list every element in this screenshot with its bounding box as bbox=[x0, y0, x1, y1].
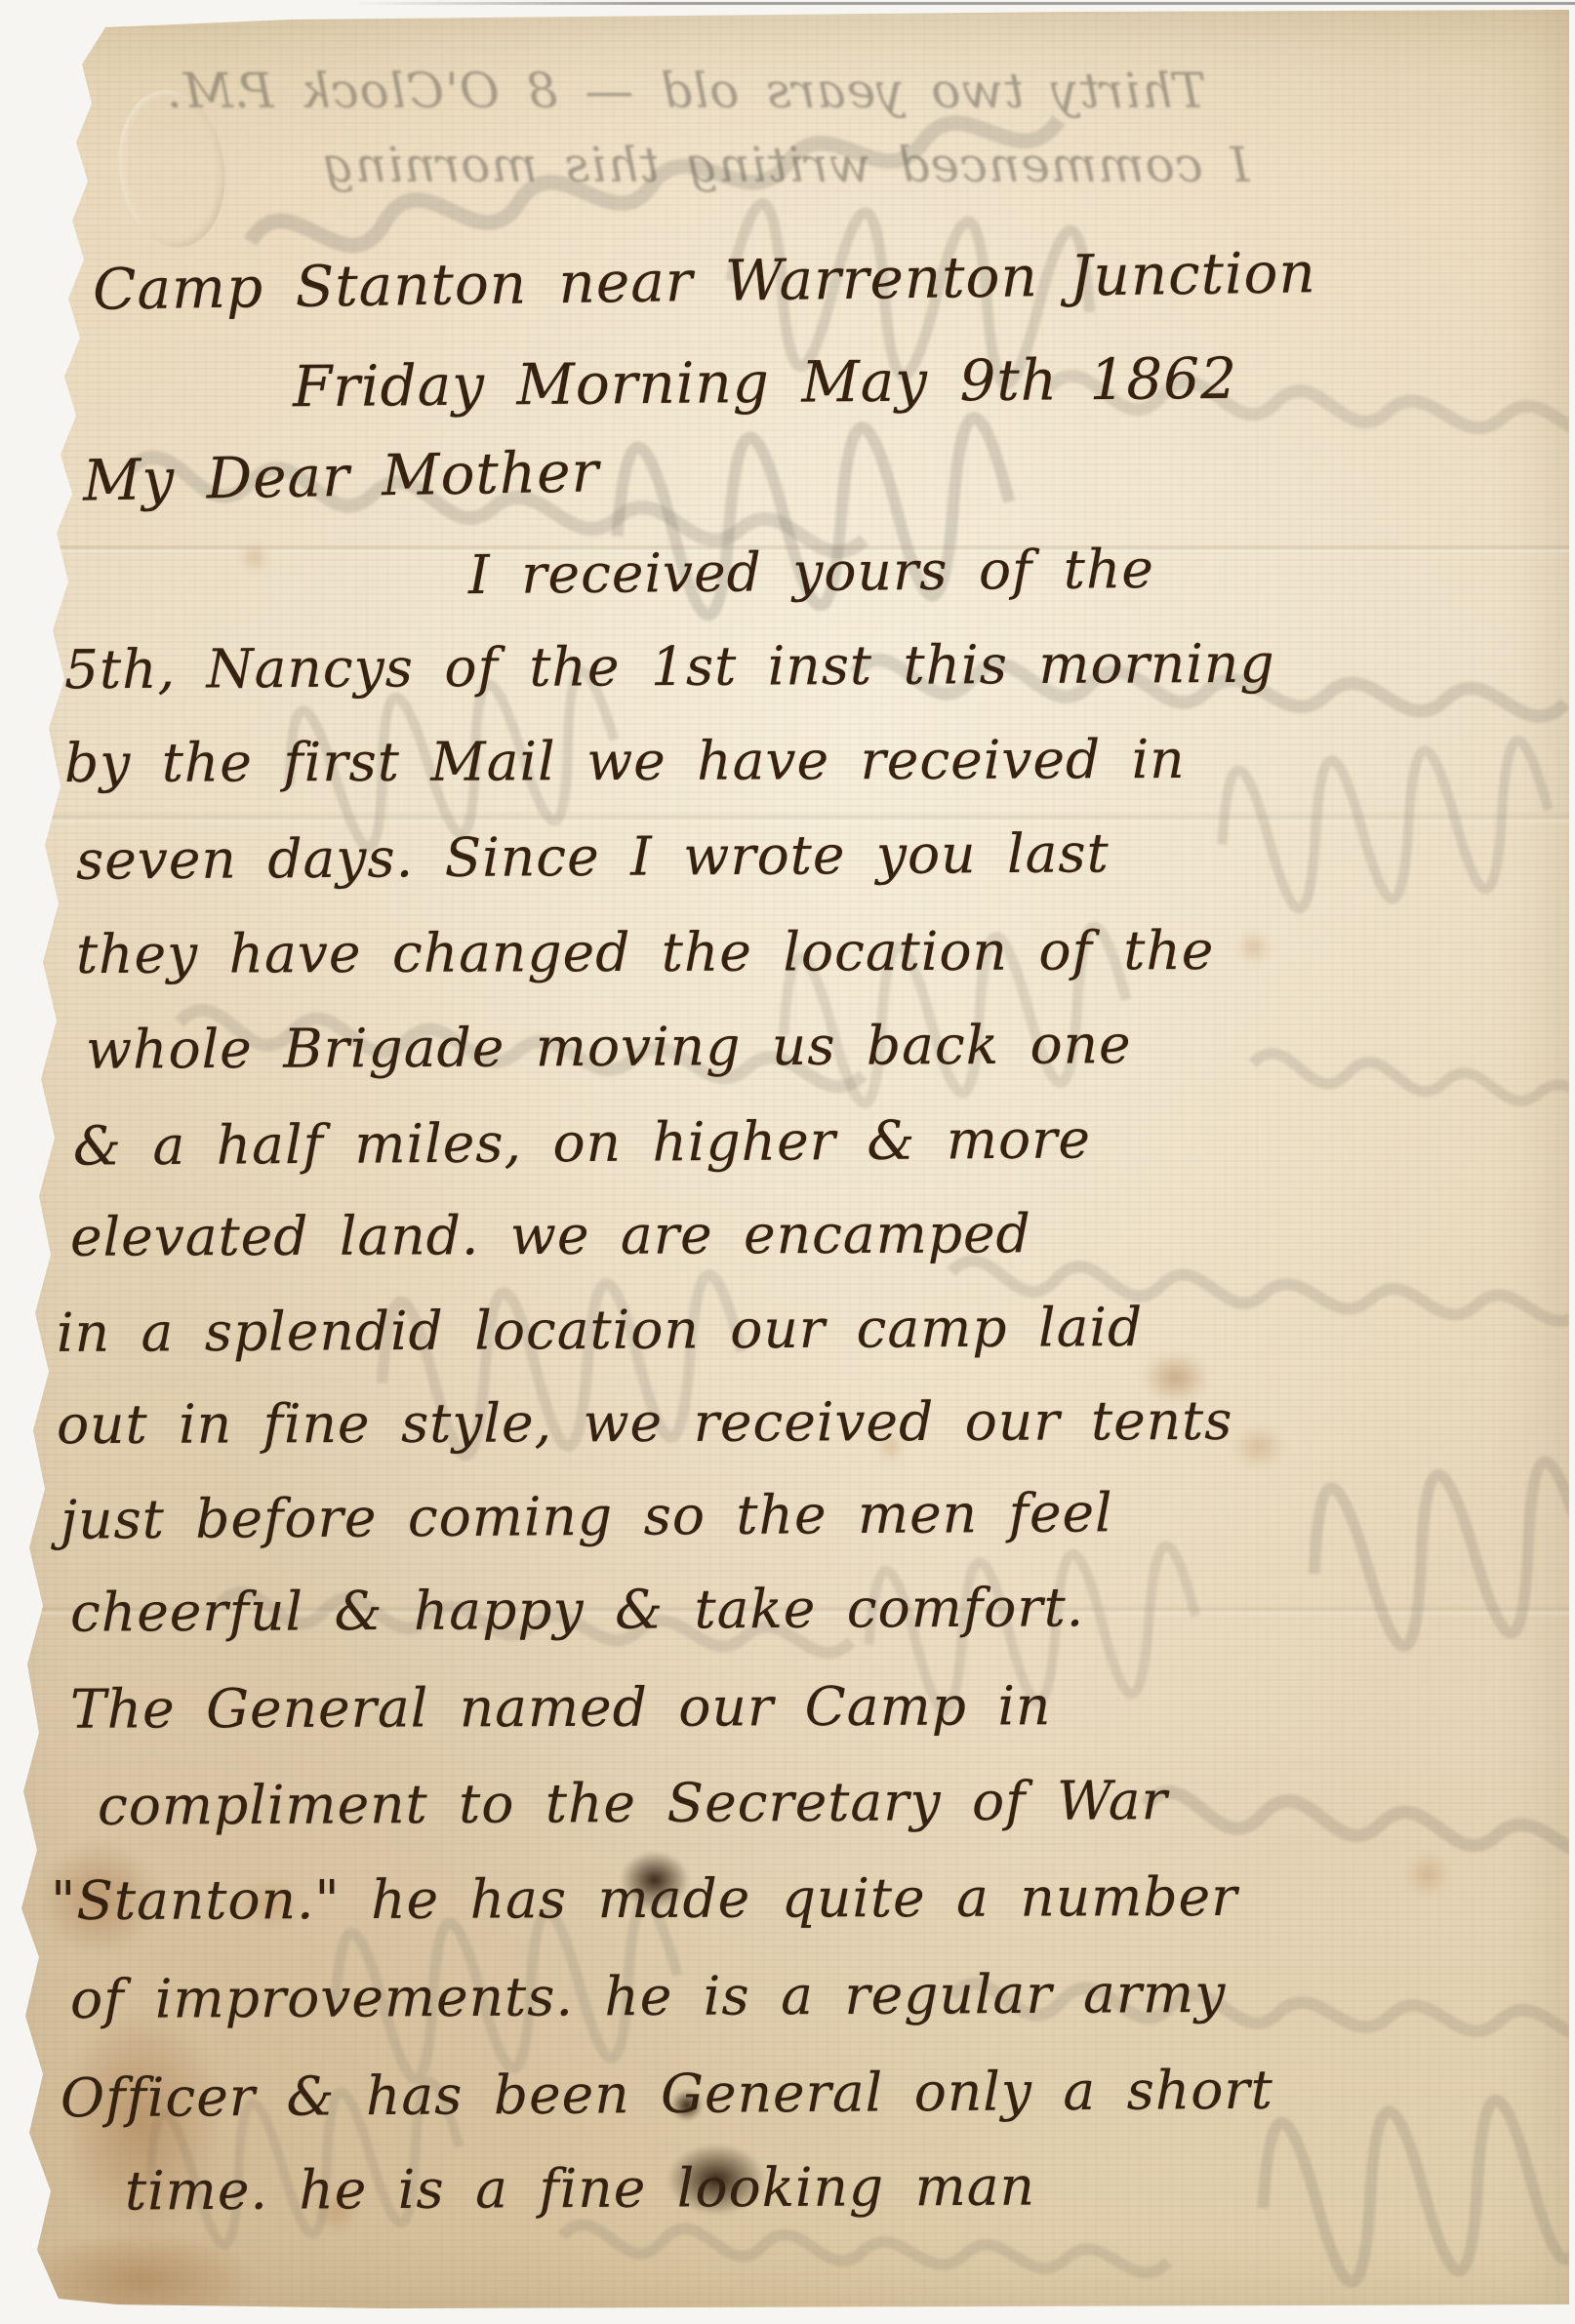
letter-line-body: just before coming so the men feel bbox=[61, 1481, 1113, 1551]
letter-line-body: elevated land. we are encamped bbox=[70, 1202, 1031, 1267]
letter-line-body: Officer & has been General only a short bbox=[61, 2059, 1273, 2130]
scanner-edge-shadow bbox=[351, 2, 1575, 5]
letter-line-body: & a half miles, on higher & more bbox=[73, 1107, 1091, 1177]
letter-line-body: "Stanton." he has made quite a number bbox=[51, 1865, 1238, 1932]
letter-line-body: The General named our Camp in bbox=[70, 1674, 1052, 1741]
letter-line-body: seven days. Since I wrote you last bbox=[76, 821, 1110, 891]
letter-line-body: of improvements. he is a regular army bbox=[70, 1962, 1227, 2030]
letter-line-body: by the first Mail we have received in bbox=[64, 728, 1186, 794]
stain bbox=[4, 718, 55, 816]
letter-line-body: cheerful & happy & take comfort. bbox=[70, 1576, 1085, 1643]
letter-paper: Thirty two years old — 8 O'Clock P.M.I c… bbox=[0, 6, 1569, 2310]
letter-line-body: they have changed the location of the bbox=[76, 919, 1215, 985]
letter-line-body: 5th, Nancys of the 1st inst this morning bbox=[64, 632, 1275, 701]
letter-line-body: compliment to the Secretary of War bbox=[98, 1769, 1168, 1837]
letter-line-body: I received yours of the bbox=[468, 538, 1154, 606]
letter-line-body: whole Brigade moving us back one bbox=[86, 1013, 1132, 1081]
letter-line-heading: Camp Stanton near Warrenton Junction bbox=[93, 239, 1317, 322]
letter-line-body: in a splendid location our camp laid bbox=[57, 1296, 1144, 1364]
scanned-letter-page: { "palette": { "paper": "#e9dabd", "pape… bbox=[0, 0, 1575, 2324]
letter-body: Camp Stanton near Warrenton JunctionFrid… bbox=[0, 6, 1569, 2310]
letter-line-body: time. he is a fine looking man bbox=[125, 2155, 1035, 2223]
letter-line-heading: Friday Morning May 9th 1862 bbox=[293, 345, 1238, 420]
letter-line-body: out in fine style, we received our tents bbox=[57, 1389, 1233, 1456]
letter-line-salutation: My Dear Mother bbox=[82, 438, 599, 513]
